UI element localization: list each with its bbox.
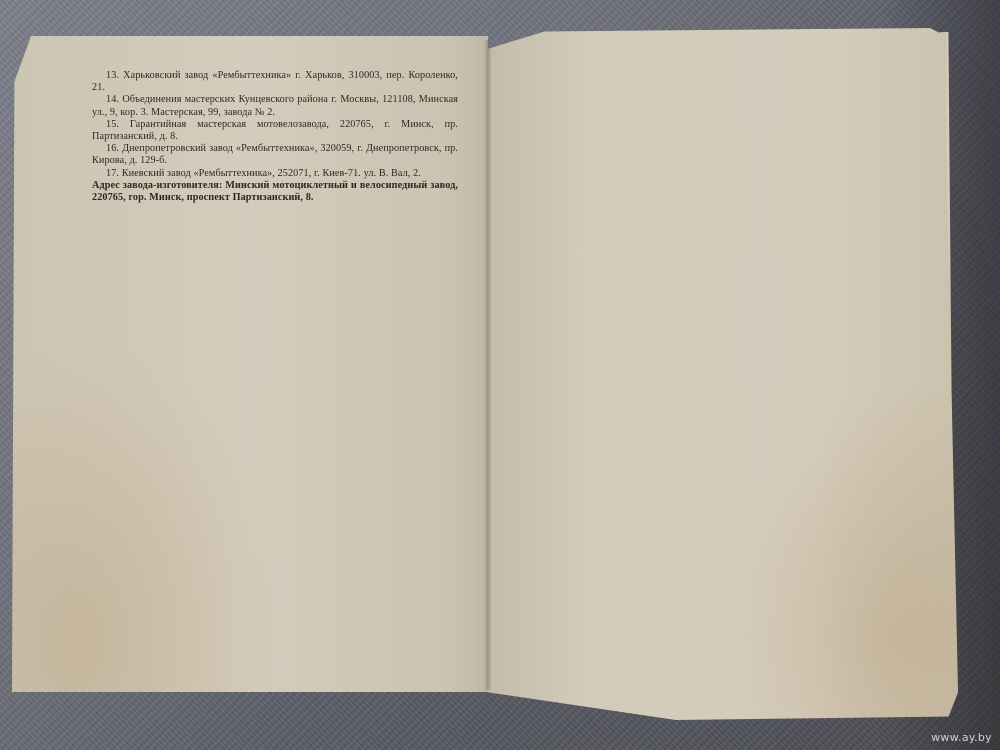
address-entry-17: 17. Киевский завод «Рембыттехника», 2520… [92, 168, 458, 180]
address-entry-14: 14. Объединения мастерских Кунцевского р… [92, 94, 458, 118]
address-entry-15: 15. Гарантийная мастерская мотовелозавод… [92, 119, 458, 143]
book-gutter [484, 40, 492, 690]
address-entry-16: 16. Днепропетровский завод «Рембыттехник… [92, 143, 458, 167]
right-page [488, 28, 958, 720]
address-entry-13: 13. Харьковский завод «Рембыттехника» г.… [92, 70, 458, 94]
manufacturer-address: Адрес завода-изготовителя: Минский мотоц… [92, 180, 458, 204]
watermark: www.ay.by [931, 731, 992, 744]
address-list: 13. Харьковский завод «Рембыттехника» г.… [92, 70, 458, 204]
